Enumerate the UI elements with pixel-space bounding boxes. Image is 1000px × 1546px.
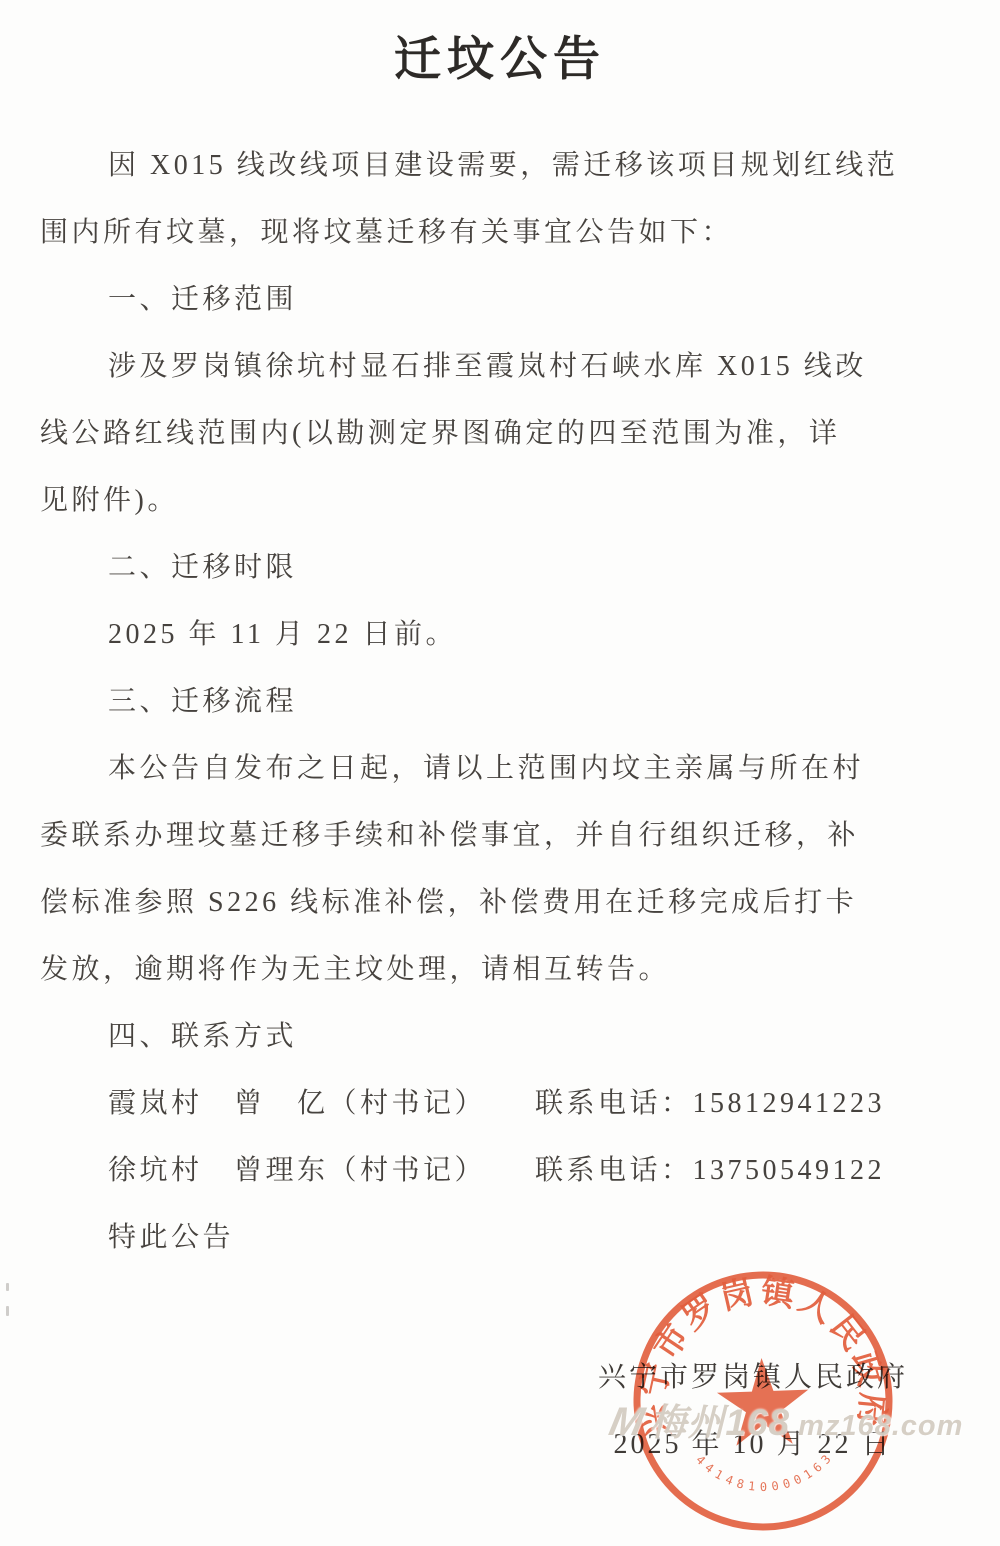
section1-line-2: 线公路红线范围内(以勘测定界图确定的四至范围为准，详 xyxy=(40,400,960,467)
section3-line-3: 偿标准参照 S226 线标准补偿，补偿费用在迁移完成后打卡 xyxy=(40,869,960,936)
watermark-domain: mz168.com xyxy=(798,1410,963,1442)
notice-title: 迁坟公告 xyxy=(394,22,606,89)
section3-line-2: 委联系办理坟墓迁移手续和补偿事宜，并自行组织迁移，补 xyxy=(40,802,960,869)
watermark-logo-icon: M xyxy=(605,1400,648,1445)
section-heading-1: 一、迁移范围 xyxy=(40,266,960,333)
contact-line-2: 徐坑村 曾理东（村书记） 联系电话：13750549122 xyxy=(40,1137,960,1204)
section-heading-2: 二、迁移时限 xyxy=(40,534,960,601)
watermark-name: 梅州168 xyxy=(649,1402,790,1443)
section3-line-1: 本公告自发布之日起，请以上范围内坟主亲属与所在村 xyxy=(40,735,960,802)
section1-line-1: 涉及罗岗镇徐坑村显石排至霞岚村石峡水库 X015 线改 xyxy=(40,333,960,400)
seal-code-wrap: 4414810000163 xyxy=(693,1448,838,1496)
scan-artifact xyxy=(6,1306,9,1316)
intro-line-2: 围内所有坟墓，现将坟墓迁移有关事宜公告如下： xyxy=(40,199,960,266)
section-heading-3: 三、迁移流程 xyxy=(40,668,960,735)
section-heading-4: 四、联系方式 xyxy=(40,1003,960,1070)
title-row: 迁坟公告 xyxy=(0,22,1000,89)
contact-line-1: 霞岚村 曾 亿（村书记） 联系电话：15812941223 xyxy=(40,1070,960,1137)
seal-code: 4414810000163 xyxy=(693,1448,838,1496)
section3-line-4: 发放，逾期将作为无主坟处理，请相互转告。 xyxy=(40,936,960,1003)
section2-line-1: 2025 年 11 月 22 日前。 xyxy=(40,601,960,668)
notice-body: 因 X015 线改线项目建设需要，需迁移该项目规划红线范 围内所有坟墓，现将坟墓… xyxy=(40,132,960,1271)
scan-artifact xyxy=(6,1283,9,1291)
scanned-notice-page: 迁坟公告 因 X015 线改线项目建设需要，需迁移该项目规划红线范 围内所有坟墓… xyxy=(0,0,1000,1546)
section1-line-3: 见附件)。 xyxy=(40,467,960,534)
site-watermark: M梅州168mz168.com xyxy=(610,1392,963,1446)
intro-line-1: 因 X015 线改线项目建设需要，需迁移该项目规划红线范 xyxy=(40,132,960,199)
